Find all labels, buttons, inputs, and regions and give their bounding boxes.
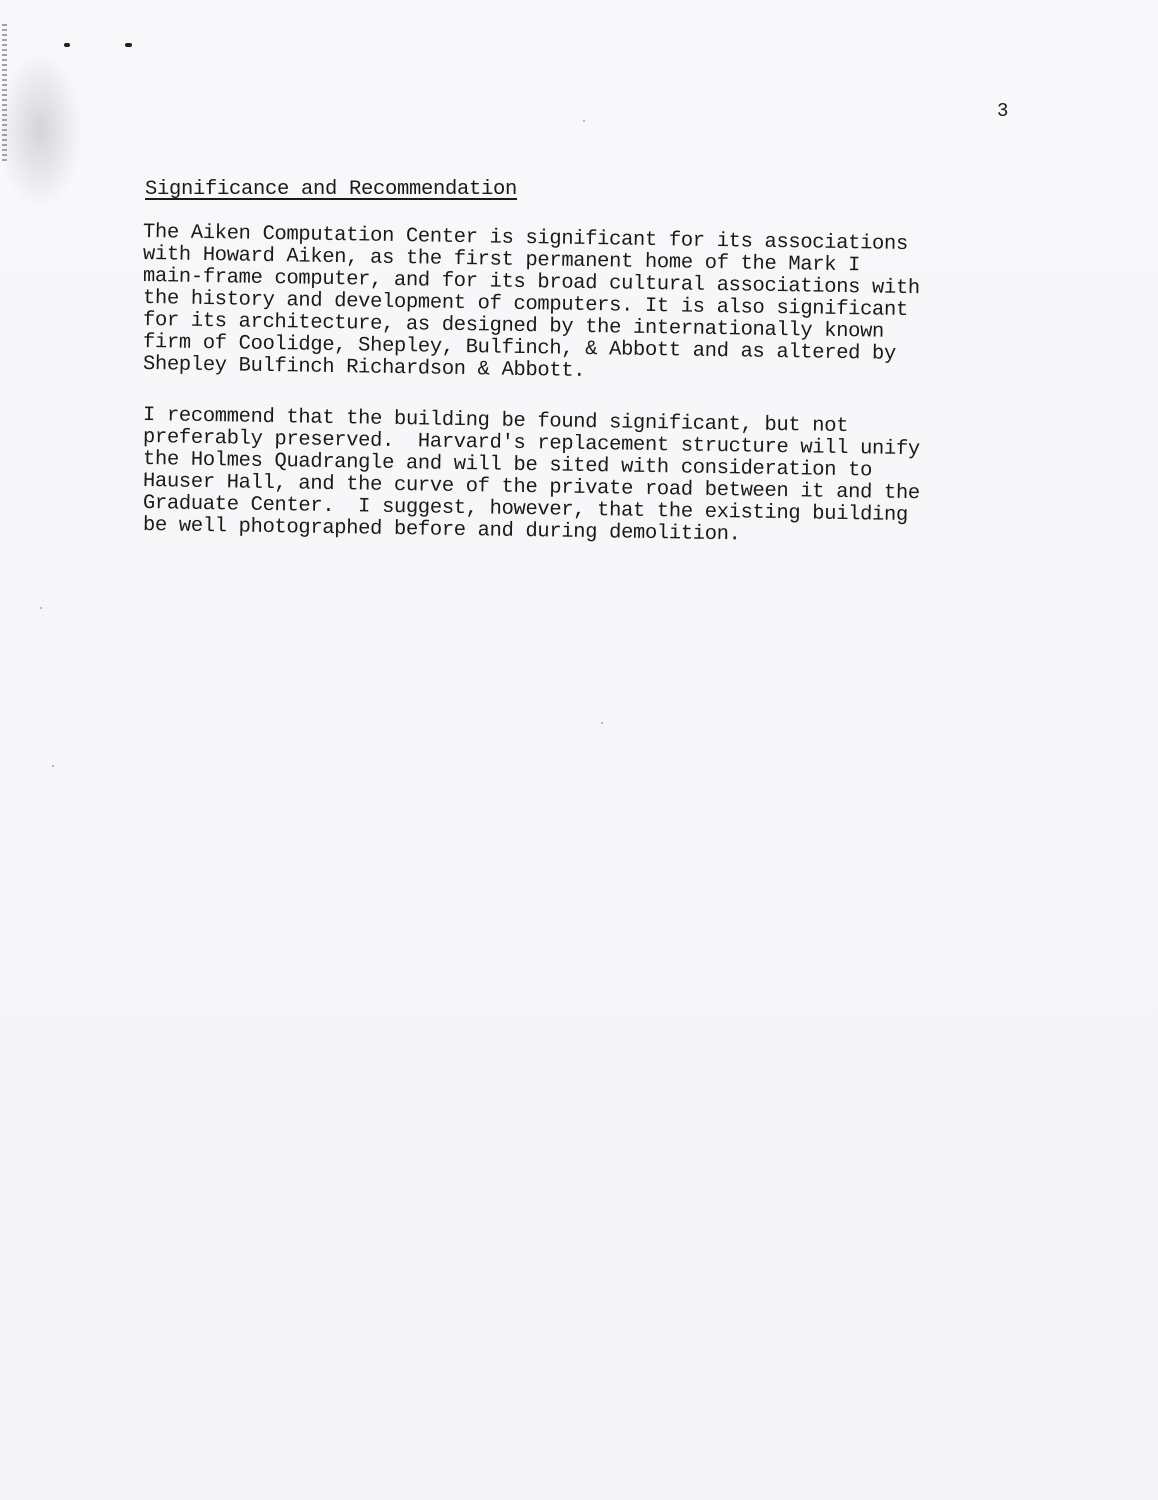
- scan-speck: [601, 722, 603, 724]
- scan-speck: [52, 765, 54, 767]
- scan-edge-marks: [2, 24, 7, 164]
- section-heading: Significance and Recommendation: [145, 178, 517, 201]
- paragraph-recommendation: I recommend that the building be found s…: [143, 405, 920, 537]
- paragraph-significance: The Aiken Computation Center is signific…: [143, 222, 920, 376]
- scan-speck: [64, 43, 70, 47]
- page-number: 3: [997, 100, 1008, 122]
- scan-speck: [40, 607, 42, 609]
- scan-speck: [583, 120, 585, 122]
- scan-speck: [125, 43, 132, 47]
- scanned-page: 3 Significance and Recommendation The Ai…: [0, 0, 1158, 1500]
